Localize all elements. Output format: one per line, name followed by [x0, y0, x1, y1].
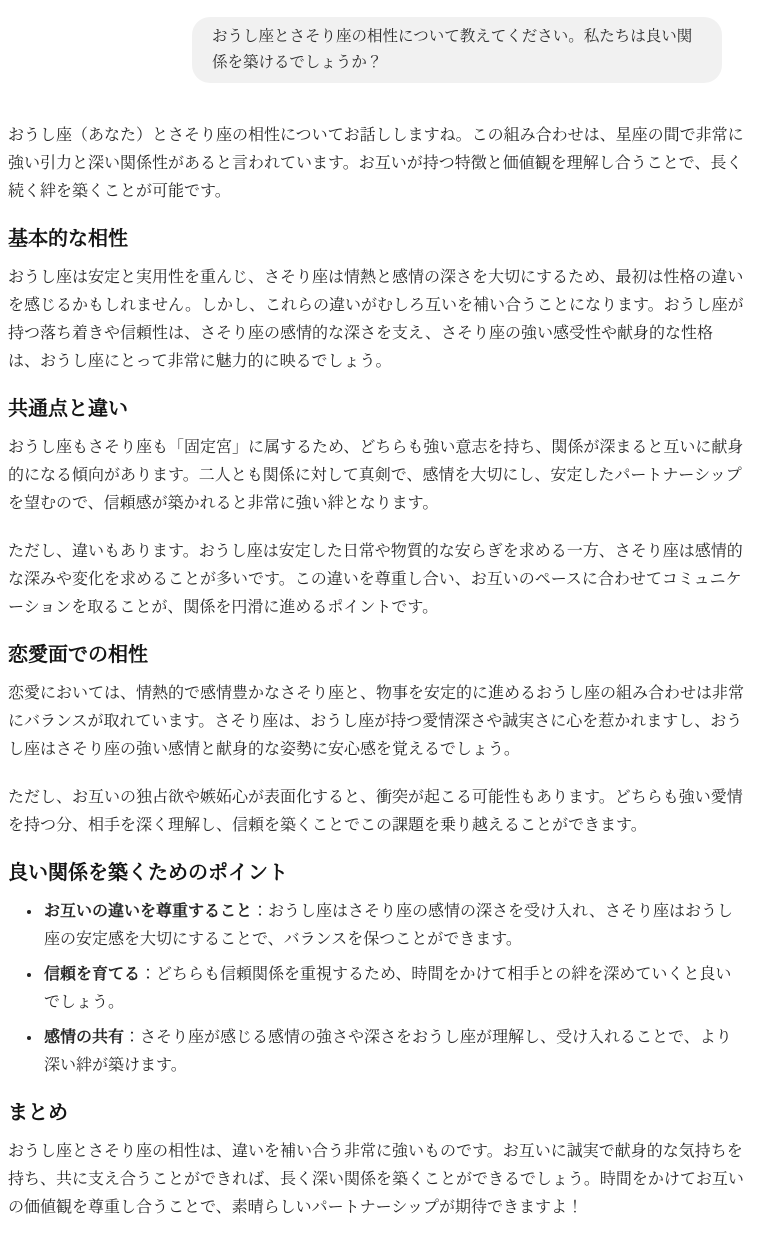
list-item-label: お互いの違いを尊重すること [44, 903, 252, 920]
assistant-message: おうし座（あなた）とさそり座の相性についてお話ししますね。この組み合わせは、星座… [8, 122, 744, 1222]
section-paragraph: ただし、違いもあります。おうし座は安定した日常や物質的な安らぎを求める一方、さそ… [8, 538, 744, 622]
list-item-label: 感情の共有 [44, 1029, 124, 1046]
list-item: お互いの違いを尊重すること：おうし座はさそり座の感情の深さを受け入れ、さそり座は… [42, 898, 744, 954]
list-item-text: ：どちらも信頼関係を重視するため、時間をかけて相手との絆を深めていくと良いでしょ… [44, 966, 731, 1011]
user-message-bubble: おうし座とさそり座の相性について教えてください。私たちは良い関係を築けるでしょう… [192, 17, 722, 83]
assistant-intro-paragraph: おうし座（あなた）とさそり座の相性についてお話ししますね。この組み合わせは、星座… [8, 122, 744, 206]
list-item: 感情の共有：さそり座が感じる感情の強さや深さをおうし座が理解し、受け入れることで… [42, 1024, 744, 1080]
user-message-row: おうし座とさそり座の相性について教えてください。私たちは良い関係を築けるでしょう… [8, 17, 744, 83]
tips-list: お互いの違いを尊重すること：おうし座はさそり座の感情の深さを受け入れ、さそり座は… [8, 898, 744, 1080]
list-item: 信頼を育てる：どちらも信頼関係を重視するため、時間をかけて相手との絆を深めていく… [42, 961, 744, 1017]
section-paragraph: おうし座もさそり座も「固定宮」に属するため、どちらも強い意志を持ち、関係が深まる… [8, 434, 744, 518]
list-item-label: 信頼を育てる [44, 966, 140, 983]
section-heading-similarities-differences: 共通点と違い [8, 396, 744, 422]
section-paragraph: おうし座とさそり座の相性は、違いを補い合う非常に強いものです。お互いに誠実で献身… [8, 1138, 744, 1222]
user-message-text: おうし座とさそり座の相性について教えてください。私たちは良い関係を築けるでしょう… [212, 24, 702, 76]
section-heading-romantic-compatibility: 恋愛面での相性 [8, 642, 744, 668]
section-paragraph: ただし、お互いの独占欲や嫉妬心が表面化すると、衝突が起こる可能性もあります。どち… [8, 784, 744, 840]
section-paragraph: おうし座は安定と実用性を重んじ、さそり座は情熱と感情の深さを大切にするため、最初… [8, 264, 744, 376]
section-paragraph: 恋愛においては、情熱的で感情豊かなさそり座と、物事を安定的に進めるおうし座の組み… [8, 680, 744, 764]
chat-page: おうし座とさそり座の相性について教えてください。私たちは良い関係を築けるでしょう… [0, 0, 760, 1236]
section-heading-relationship-tips: 良い関係を築くためのポイント [8, 860, 744, 886]
list-item-text: ：さそり座が感じる感情の強さや深さをおうし座が理解し、受け入れることで、より深い… [44, 1029, 732, 1074]
section-heading-basic-compatibility: 基本的な相性 [8, 226, 744, 252]
section-heading-summary: まとめ [8, 1100, 744, 1126]
